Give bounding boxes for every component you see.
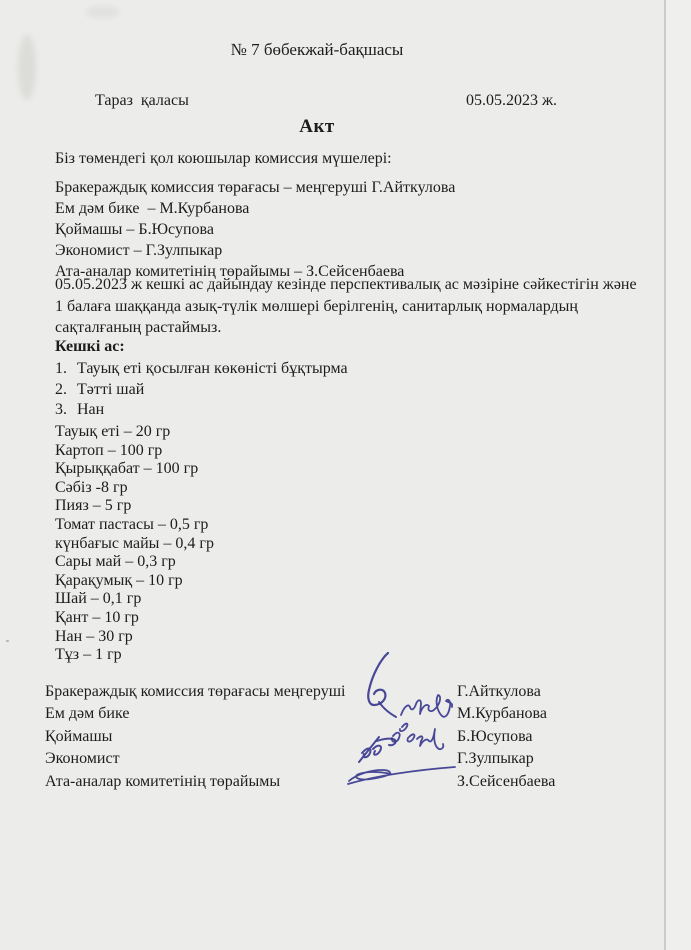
menu-item: 1. Тауық еті қосылған көкөністі бұқтырма <box>55 359 348 380</box>
ingredient-line: Қант – 10 гр <box>55 609 214 628</box>
signature-stroke-aitkulova <box>368 653 388 705</box>
menu-item: 2. Тәтті шай <box>55 380 348 401</box>
ingredient-line: Шай – 0,1 гр <box>55 590 214 609</box>
signature-stroke-aitkulova <box>379 702 396 717</box>
scan-smudge <box>86 6 120 18</box>
member-line: Ем дәм бике – М.Курбанова <box>55 198 455 219</box>
signature-row: Қоймашы Б.Юсупова <box>45 726 555 748</box>
city-label: Тараз қаласы <box>95 92 189 110</box>
menu-list: 1. Тауық еті қосылған көкөністі бұқтырма… <box>55 359 348 421</box>
signature-stroke-seisenbaeva <box>348 767 455 784</box>
ingredient-line: Нан – 30 гр <box>55 628 214 647</box>
handwritten-signatures-ink <box>335 645 470 795</box>
menu-item: 3. Нан <box>55 400 348 421</box>
member-line: Экономист – Г.Зулпыкар <box>55 240 455 261</box>
ingredient-line: Картоп – 100 гр <box>55 442 214 461</box>
meal-heading: Кешкі ас: <box>55 338 125 356</box>
signature-row: Ата-аналар комитетінің төрайымы З.Сейсен… <box>45 771 555 793</box>
menu-text: Тәтті шай <box>77 380 144 401</box>
document-page: № 7 бөбекжай-бақшасы Тараз қаласы 05.05.… <box>0 0 691 950</box>
ingredient-line: Тауық еті – 20 гр <box>55 423 214 442</box>
city-date-row: Тараз қаласы 05.05.2023 ж. <box>95 92 557 110</box>
ingredients-list: Тауық еті – 20 гр Картоп – 100 гр Қырыққ… <box>55 423 214 665</box>
signature-stroke-zulpykar <box>359 737 396 762</box>
member-line: Бракераждық комиссия төрағасы – меңгеруш… <box>55 177 455 198</box>
ingredient-line: күнбағыс майы – 0,4 гр <box>55 535 214 554</box>
menu-text: Нан <box>77 400 104 421</box>
menu-number: 1. <box>55 359 77 380</box>
ingredient-line: Тұз – 1 гр <box>55 646 214 665</box>
intro-line: Біз төмендегі қол коюшылар комиссия мүше… <box>55 150 392 168</box>
signature-row: Экономист Г.Зулпыкар <box>45 748 555 770</box>
signature-stroke-kurbanova <box>401 695 452 717</box>
ingredient-line: Қарақумық – 10 гр <box>55 572 214 591</box>
doc-title: Акт <box>0 116 634 138</box>
scan-edge-line <box>664 0 666 950</box>
commission-members-list: Бракераждық комиссия төрағасы – меңгеруш… <box>55 177 455 282</box>
scan-speck <box>6 640 9 642</box>
signature-name: М.Курбанова <box>457 703 547 725</box>
signature-row: Бракераждық комиссия төрағасы меңгеруші … <box>45 681 555 703</box>
menu-number: 3. <box>55 400 77 421</box>
menu-number: 2. <box>55 380 77 401</box>
signature-row: Ем дәм бике М.Курбанова <box>45 703 555 725</box>
ingredient-line: Сәбіз -8 гр <box>55 479 214 498</box>
ingredient-line: Сары май – 0,3 гр <box>55 553 214 572</box>
ingredient-line: Қырыққабат – 100 гр <box>55 460 214 479</box>
member-line: Қоймашы – Б.Юсупова <box>55 219 455 240</box>
ingredient-line: Пияз – 5 гр <box>55 497 214 516</box>
signature-stroke-yusupova <box>392 724 443 750</box>
doc-date: 05.05.2023 ж. <box>466 92 557 110</box>
signature-name: З.Сейсенбаева <box>457 771 555 793</box>
statement-paragraph: 05.05.2023 ж кешкі ас дайындау кезінде п… <box>55 274 643 339</box>
menu-text: Тауық еті қосылған көкөністі бұқтырма <box>77 359 348 380</box>
ingredient-line: Томат пастасы – 0,5 гр <box>55 516 214 535</box>
org-name: № 7 бөбекжай-бақшасы <box>0 40 634 60</box>
signature-block: Бракераждық комиссия төрағасы меңгеруші … <box>45 681 555 793</box>
scan-edge-band <box>666 0 691 950</box>
